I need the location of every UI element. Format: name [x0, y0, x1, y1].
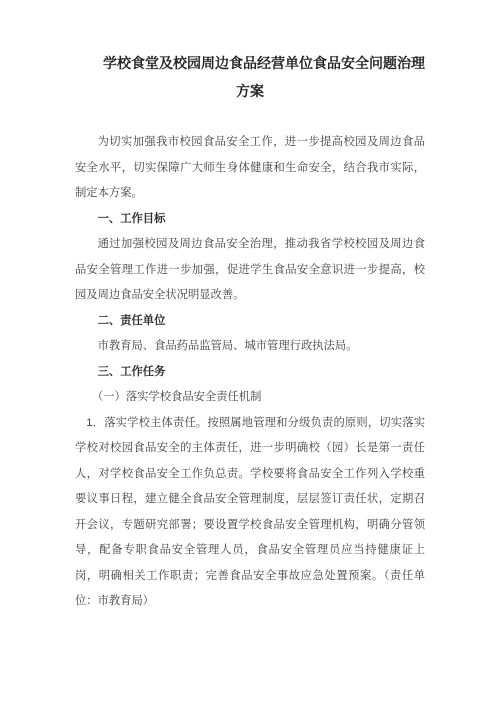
section-heading-work-tasks: 三、工作任务 [75, 360, 425, 386]
document-title: 学校食堂及校园周边食品经营单位食品安全问题治理方案 [75, 49, 425, 105]
intro-paragraph: 为切实加强我市校园食品安全工作，进一步提高校园及周边食品安全水平，切实保障广大师… [75, 130, 425, 207]
document-page: 学校食堂及校园周边食品经营单位食品安全问题治理方案 为切实加强我市校园食品安全工… [0, 0, 500, 707]
section-heading-work-goals: 一、工作目标 [75, 207, 425, 233]
section-heading-responsible-units: 二、责任单位 [75, 309, 425, 335]
work-goals-paragraph: 通过加强校园及周边食品安全治理，推动我省学校校园及周边食品安全管理工作进一步加强… [75, 232, 425, 309]
responsible-units-paragraph: 市教育局、食品药品监管局、城市管理行政执法局。 [75, 334, 425, 360]
subsection-heading-responsibility-mechanism: （一）落实学校食品安全责任机制 [75, 385, 425, 411]
task-1-paragraph: 1．落实学校主体责任。按照属地管理和分级负责的原则，切实落实学校对校园食品安全的… [75, 411, 425, 615]
